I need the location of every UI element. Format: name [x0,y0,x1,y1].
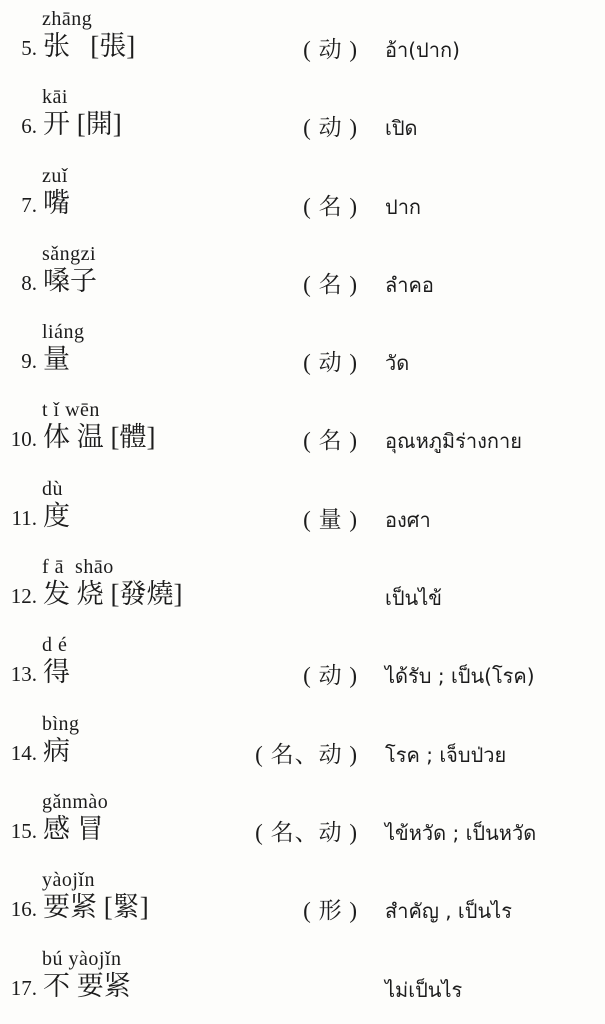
vocab-entry: f ā shāo 12. 发 烧 [發燒] เป็นไข้ [0,556,605,634]
entry-hanzi: 要紧 [緊] [43,890,149,924]
entry-number: 7. [0,193,37,218]
entry-pinyin: zuǐ [42,165,68,187]
entry-thai-gloss: ปาก [385,194,421,220]
entry-main-line: 15. 感 冒 ( 名、动 ) ไข้หวัด ; เป็นหวัด [0,812,605,852]
entry-part-of-speech: ( 动 ) [243,31,358,64]
entry-hanzi: 嘴 [43,186,70,220]
entry-main-line: 8. 嗓子 ( 名 ) ลำคอ [0,264,605,304]
entry-thai-gloss: ไข้หวัด ; เป็นหวัด [385,820,536,846]
vocab-entry: d é 13. 得 ( 动 ) ได้รับ ; เป็น(โรค) [0,634,605,712]
entry-hanzi: 开 [開] [43,107,122,141]
entry-main-line: 11. 度 ( 量 ) องศา [0,499,605,539]
vocab-entry: dù 11. 度 ( 量 ) องศา [0,478,605,556]
entry-main-line: 6. 开 [開] ( 动 ) เปิด [0,107,605,147]
entry-number: 13. [0,662,37,687]
entry-hanzi: 发 烧 [發燒] [43,577,182,611]
entry-thai-gloss: ไม่เป็นไร [385,977,462,1003]
vocab-list: zhāng 5. 张 [張] ( 动 ) อ้า(ปาก) kāi 6. 开 [… [0,8,605,1024]
entry-pinyin: t ǐ wēn [42,399,100,421]
entry-number: 6. [0,114,37,139]
entry-thai-gloss: เปิด [385,115,418,141]
entry-part-of-speech: ( 形 ) [243,892,358,925]
entry-number: 14. [0,741,37,766]
vocab-entry: zhāng 5. 张 [張] ( 动 ) อ้า(ปาก) [0,8,605,86]
entry-number: 8. [0,271,37,296]
entry-part-of-speech: ( 名、动 ) [243,814,358,847]
entry-number: 12. [0,584,37,609]
entry-hanzi: 感 冒 [43,812,104,846]
entry-pinyin: d é [42,634,67,656]
entry-thai-gloss: โรค ; เจ็บป่วย [385,742,506,768]
entry-part-of-speech: ( 名、动 ) [243,736,358,769]
entry-main-line: 16. 要紧 [緊] ( 形 ) สำคัญ , เป็นไร [0,890,605,930]
entry-main-line: 14. 病 ( 名、动 ) โรค ; เจ็บป่วย [0,734,605,774]
entry-hanzi: 嗓子 [43,264,97,298]
entry-hanzi: 病 [43,734,70,768]
entry-thai-gloss: ลำคอ [385,272,434,298]
entry-pinyin: bú yàojǐn [42,948,122,970]
vocab-entry: gǎnmào 15. 感 冒 ( 名、动 ) ไข้หวัด ; เป็นหวั… [0,791,605,869]
entry-part-of-speech: ( 名 ) [243,422,358,455]
entry-pinyin: dù [42,478,63,500]
entry-pinyin: gǎnmào [42,791,108,813]
entry-hanzi: 得 [43,655,70,689]
entry-hanzi: 体 温 [體] [43,420,155,454]
entry-hanzi: 度 [43,499,70,533]
entry-pinyin: sǎngzi [42,243,96,265]
vocab-entry: yàojǐn 16. 要紧 [緊] ( 形 ) สำคัญ , เป็นไร [0,869,605,947]
entry-main-line: 9. 量 ( 动 ) วัด [0,342,605,382]
entry-pinyin: kāi [42,86,68,108]
entry-thai-gloss: อุณหภูมิร่างกาย [385,428,522,454]
entry-number: 16. [0,897,37,922]
entry-main-line: 10. 体 温 [體] ( 名 ) อุณหภูมิร่างกาย [0,420,605,460]
entry-main-line: 12. 发 烧 [發燒] เป็นไข้ [0,577,605,617]
entry-number: 15. [0,819,37,844]
entry-main-line: 17. 不 要紧 ไม่เป็นไร [0,969,605,1009]
vocab-entry: liáng 9. 量 ( 动 ) วัด [0,321,605,399]
entry-number: 9. [0,349,37,374]
entry-number: 10. [0,427,37,452]
entry-main-line: 7. 嘴 ( 名 ) ปาก [0,186,605,226]
entry-part-of-speech: ( 动 ) [243,657,358,690]
entry-part-of-speech: ( 动 ) [243,344,358,377]
entry-main-line: 5. 张 [張] ( 动 ) อ้า(ปาก) [0,29,605,69]
entry-pinyin: zhāng [42,8,92,30]
entry-pinyin: f ā shāo [42,556,114,578]
vocab-entry: kāi 6. 开 [開] ( 动 ) เปิด [0,86,605,164]
entry-pinyin: liáng [42,321,85,343]
entry-part-of-speech: ( 量 ) [243,501,358,534]
entry-thai-gloss: เป็นไข้ [385,585,442,611]
entry-hanzi: 不 要紧 [43,969,131,1003]
entry-number: 5. [0,36,37,61]
entry-number: 17. [0,976,37,1001]
entry-hanzi: 量 [43,342,70,376]
entry-part-of-speech: ( 名 ) [243,266,358,299]
entry-thai-gloss: วัด [385,350,409,376]
entry-hanzi: 张 [張] [43,29,135,63]
vocab-page: zhāng 5. 张 [張] ( 动 ) อ้า(ปาก) kāi 6. 开 [… [0,0,605,1024]
entry-part-of-speech: ( 名 ) [243,188,358,221]
entry-thai-gloss: อ้า(ปาก) [385,37,460,63]
vocab-entry: zuǐ 7. 嘴 ( 名 ) ปาก [0,165,605,243]
entry-pinyin: bìng [42,713,80,735]
entry-main-line: 13. 得 ( 动 ) ได้รับ ; เป็น(โรค) [0,655,605,695]
entry-thai-gloss: องศา [385,507,431,533]
vocab-entry: t ǐ wēn 10. 体 温 [體] ( 名 ) อุณหภูมิร่างกา… [0,399,605,477]
vocab-entry: sǎngzi 8. 嗓子 ( 名 ) ลำคอ [0,243,605,321]
vocab-entry: bú yàojǐn 17. 不 要紧 ไม่เป็นไร [0,948,605,1024]
entry-part-of-speech: ( 动 ) [243,109,358,142]
entry-thai-gloss: สำคัญ , เป็นไร [385,898,512,924]
entry-pinyin: yàojǐn [42,869,95,891]
entry-thai-gloss: ได้รับ ; เป็น(โรค) [385,663,535,689]
vocab-entry: bìng 14. 病 ( 名、动 ) โรค ; เจ็บป่วย [0,713,605,791]
entry-number: 11. [0,506,37,531]
